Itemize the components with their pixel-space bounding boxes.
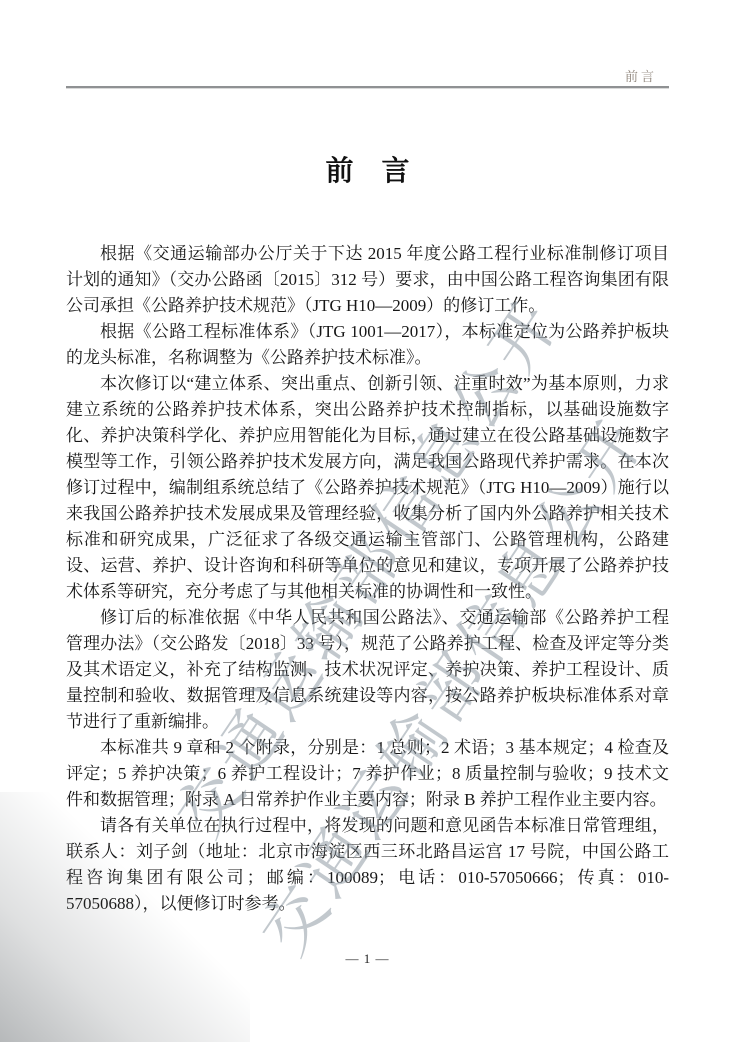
paragraph: 本标准共 9 章和 2 个附录，分别是：1 总则；2 术语；3 基本规定；4 检… [66,735,669,813]
paragraph: 修订后的标准依据《中华人民共和国公路法》、交通运输部《公路养护工程管理办法》（交… [66,605,669,735]
paragraph: 根据《公路工程标准体系》（JTG 1001—2017），本标准定位为公路养护板块… [66,319,669,371]
header-rule [66,86,669,89]
paragraph: 请各有关单位在执行过程中，将发现的问题和意见函告本标准日常管理组，联系人：刘子剑… [66,813,669,917]
page-number: — 1 — [0,951,735,967]
running-header: 前言 [66,66,657,85]
paragraph: 根据《交通运输部办公厅关于下达 2015 年度公路工程行业标准制修订项目计划的通… [66,241,669,319]
page-title: 前 言 [0,149,735,189]
preface-body: 根据《交通运输部办公厅关于下达 2015 年度公路工程行业标准制修订项目计划的通… [66,241,669,917]
paragraph: 本次修订以“建立体系、突出重点、创新引领、注重时效”为基本原则，力求建立系统的公… [66,371,669,605]
document-page: 交通运输部信息公开 交通运输部信息公开 前言 前 言 根据《交通运输部办公厅关于… [0,0,735,1042]
